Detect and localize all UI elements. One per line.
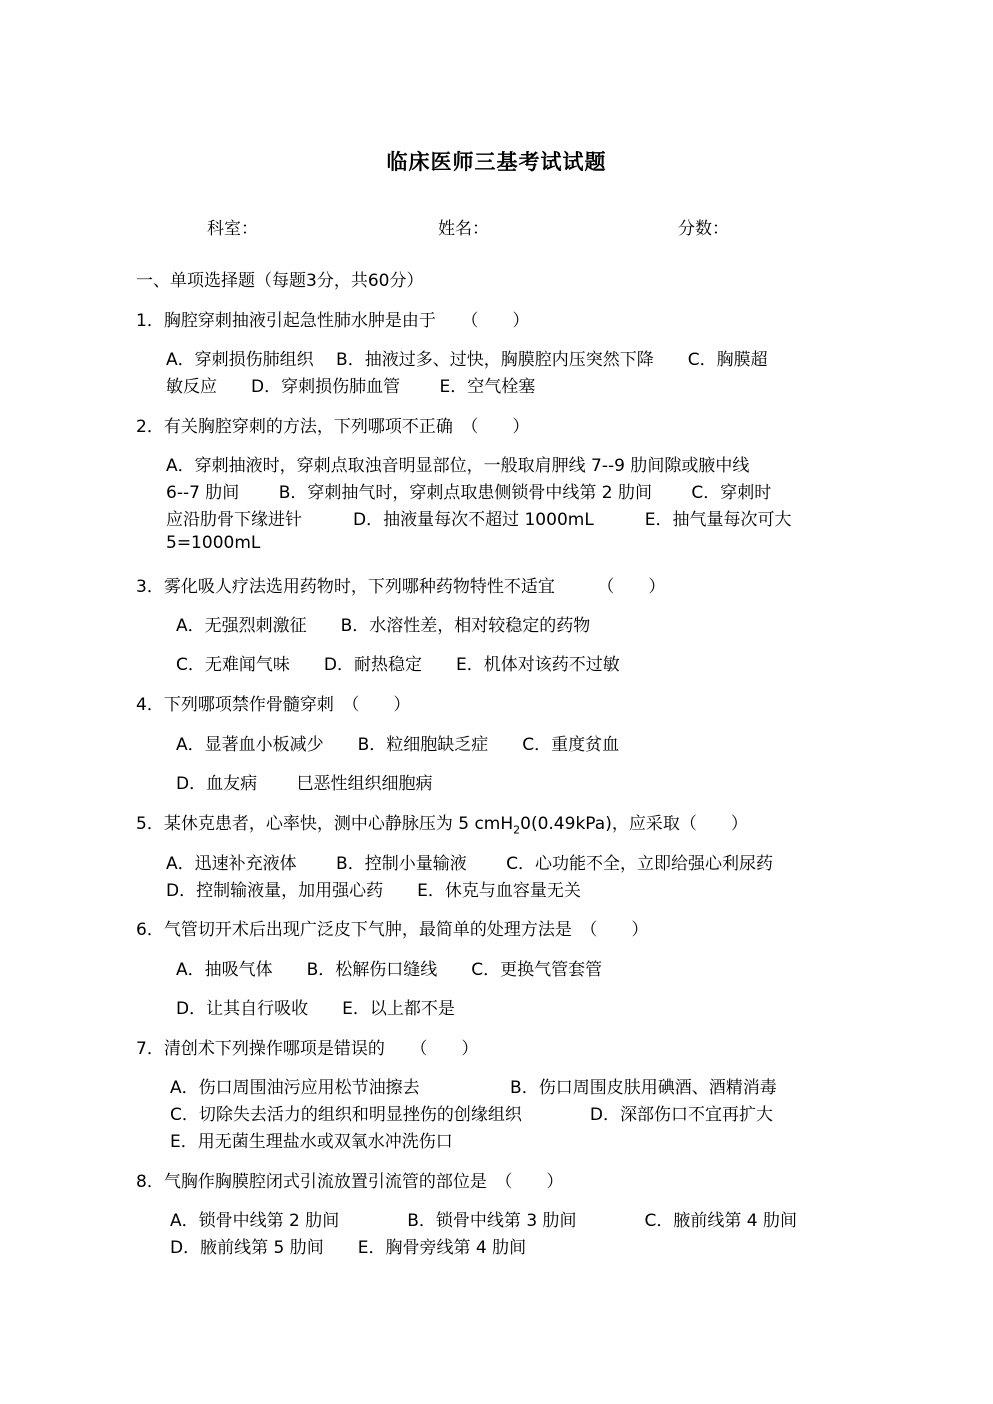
score-field-label: 分数：: [678, 214, 729, 239]
question-5-options-line: D．控制输液量，加用强心药 E．休克与血容量无关: [166, 876, 581, 901]
department-field-label: 科室：: [207, 214, 258, 239]
question-5-stem-text: 5．某休克患者，心率快，测中心静脉压为 5 cmH: [136, 814, 513, 834]
question-3-stem: 3．雾化吸人疗法选用药物时，下列哪种药物特性不适宜 （ ）: [136, 572, 665, 597]
question-3-options-line: C．无难闻气味 D．耐热稳定 E．机体对该药不过敏: [176, 650, 620, 675]
question-8-stem: 8．气胸作胸膜腔闭式引流放置引流管的部位是 （ ）: [136, 1167, 563, 1192]
question-4-options-line: D．血友病 巳恶性组织细胞病: [176, 769, 433, 794]
question-2-options-line: A．穿刺抽液时，穿刺点取浊音明显部位，一般取肩胛线 7--9 肋间隙或腋中线: [166, 451, 749, 476]
question-8-options-line: A．锁骨中线第 2 肋间 B．锁骨中线第 3 肋间 C．腋前线第 4 肋间: [170, 1206, 797, 1231]
section-heading: 一、单项选择题（每题3分，共60分）: [136, 266, 423, 291]
question-7-options-line: A．伤口周围油污应用松节油擦去 B．伤口周围皮肤用碘酒、酒精消毒: [170, 1073, 777, 1098]
question-2-options-line: 应沿肋骨下缘进针 D．抽液量每次不超过 1000mL E．抽气量每次可大: [166, 505, 792, 530]
question-2-options-line: 6--7 肋间 B．穿刺抽气时，穿刺点取患侧锁骨中线第 2 肋间 C．穿刺时: [166, 478, 771, 503]
question-3-options-line: A．无强烈刺激征 B．水溶性差，相对较稳定的药物: [176, 611, 590, 636]
question-5-stem: 5．某休克患者，心率快，测中心静脉压为 5 cmH20(0.49kPa)，应采取…: [136, 809, 748, 836]
question-1-stem: 1．胸腔穿刺抽液引起急性肺水肿是由于 （ ）: [136, 306, 529, 331]
question-4-stem: 4．下列哪项禁作骨髓穿刺 （ ）: [136, 690, 410, 715]
question-2-options-line: 5=1000mL: [166, 533, 260, 553]
question-6-options-line: D．让其自行吸收 E．以上都不是: [176, 994, 455, 1019]
page-title: 临床医师三基考试试题: [0, 146, 993, 176]
question-1-options-line: A．穿刺损伤肺组织 B．抽液过多、过快，胸膜腔内压突然下降 C．胸膜超: [166, 345, 768, 370]
question-7-options-line: C．切除失去活力的组织和明显挫伤的创缘组织 D．深部伤口不宜再扩大: [170, 1100, 773, 1125]
question-5-stem-text: 0(0.49kPa)，应采取（ ）: [520, 814, 748, 834]
question-6-stem: 6．气管切开术后出现广泛皮下气肿，最简单的处理方法是 （ ）: [136, 915, 648, 940]
question-7-options-line: E．用无菌生理盐水或双氧水冲洗伤口: [170, 1127, 453, 1152]
question-7-stem: 7．清创术下列操作哪项是错误的 （ ）: [136, 1034, 478, 1059]
question-2-stem: 2．有关胸腔穿刺的方法，下列哪项不正确 （ ）: [136, 412, 529, 437]
question-4-options-line: A．显著血小板减少 B．粒细胞缺乏症 C．重度贫血: [176, 730, 619, 755]
question-6-options-line: A．抽吸气体 B．松解伤口缝线 C．更换气管套管: [176, 955, 602, 980]
question-1-options-line: 敏反应 D．穿刺损伤肺血管 E．空气栓塞: [166, 372, 535, 397]
question-8-options-line: D．腋前线第 5 肋间 E．胸骨旁线第 4 肋间: [170, 1233, 526, 1258]
exam-page: 临床医师三基考试试题 科室： 姓名： 分数： 一、单项选择题（每题3分，共60分…: [0, 0, 993, 1404]
question-5-options-line: A．迅速补充液体 B．控制小量输液 C．心功能不全，立即给强心利尿药: [166, 849, 773, 874]
name-field-label: 姓名：: [438, 214, 489, 239]
